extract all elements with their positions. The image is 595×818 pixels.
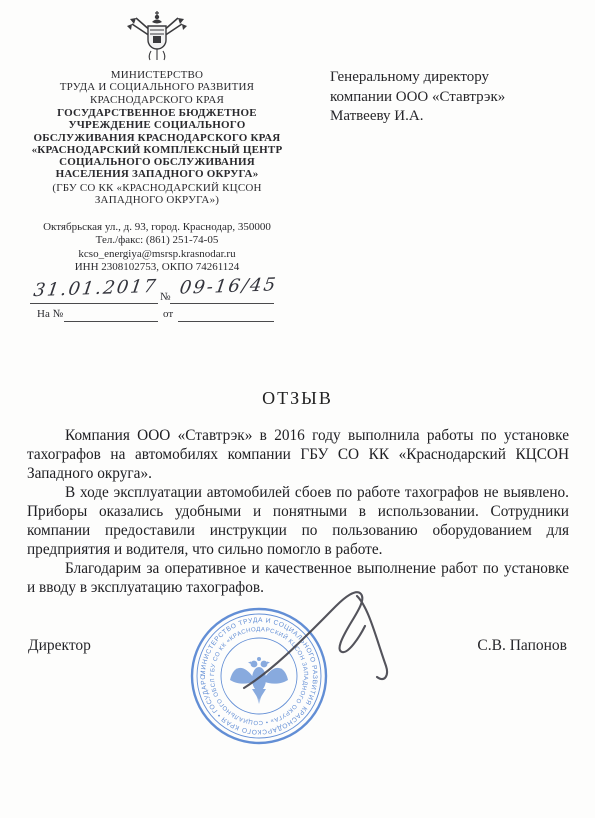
number-underline bbox=[170, 302, 274, 304]
handwritten-outgoing-number: 09-16/45 bbox=[178, 274, 278, 298]
krasnodar-coat-of-arms-icon bbox=[126, 8, 188, 66]
org-name-line: ОБСЛУЖИВАНИЯ КРАСНОДАРСКОГО КРАЯ bbox=[22, 132, 292, 144]
handwritten-date: 31.01.2017 bbox=[32, 276, 159, 301]
org-short-line: ЗАПАДНОГО ОКРУГА») bbox=[28, 194, 286, 206]
letterhead-contacts: Октябрьская ул., д. 93, город. Краснодар… bbox=[18, 221, 296, 275]
reply-from-label: от bbox=[163, 308, 173, 320]
org-name-line: УЧРЕЖДЕНИЕ СОЦИАЛЬНОГО bbox=[22, 119, 292, 131]
recipient-position: Генеральному директору bbox=[330, 68, 565, 88]
body-paragraph: Компания ООО «Ставтрэк» в 2016 году выпо… bbox=[27, 426, 569, 483]
recipient-block: Генеральному директору компании ООО «Ста… bbox=[330, 68, 565, 127]
address-line: Октябрьская ул., д. 93, город. Краснодар… bbox=[18, 221, 296, 234]
recipient-name: Матвееву И.А. bbox=[330, 107, 565, 127]
org-short-line: (ГБУ СО КК «КРАСНОДАРСКИЙ КЦСОН bbox=[28, 182, 286, 194]
ministry-line: ТРУДА И СОЦИАЛЬНОГО РАЗВИТИЯ bbox=[28, 81, 286, 93]
email-line: kcso_energiya@msrsp.krasnodar.ru bbox=[18, 248, 296, 261]
letterhead-organization-name: ГОСУДАРСТВЕННОЕ БЮДЖЕТНОЕ УЧРЕЖДЕНИЕ СОЦ… bbox=[22, 107, 292, 181]
phone-line: Тел./факс: (861) 251-74-05 bbox=[18, 234, 296, 247]
recipient-company: компании ООО «Ставтрэк» bbox=[330, 88, 565, 108]
scanned-letter-page: МИНИСТЕРСТВО ТРУДА И СОЦИАЛЬНОГО РАЗВИТИ… bbox=[0, 0, 595, 818]
document-title: ОТЗЫВ bbox=[0, 388, 595, 409]
letterhead-org-short-name: (ГБУ СО КК «КРАСНОДАРСКИЙ КЦСОН ЗАПАДНОГ… bbox=[28, 182, 286, 207]
org-name-line: СОЦИАЛЬНОГО ОБСЛУЖИВАНИЯ bbox=[22, 156, 292, 168]
number-sign-label: № bbox=[160, 291, 171, 303]
letterhead-ministry: МИНИСТЕРСТВО ТРУДА И СОЦИАЛЬНОГО РАЗВИТИ… bbox=[28, 69, 286, 106]
inn-okpo-line: ИНН 2308102753, ОКПО 74261124 bbox=[18, 261, 296, 274]
org-name-line: ГОСУДАРСТВЕННОЕ БЮДЖЕТНОЕ bbox=[22, 107, 292, 119]
director-title: Директор bbox=[28, 637, 91, 655]
reply-ref-label: На № bbox=[37, 308, 63, 320]
reply-number-underline bbox=[64, 320, 158, 322]
reply-date-underline bbox=[178, 320, 274, 322]
ministry-line: КРАСНОДАРСКОГО КРАЯ bbox=[28, 94, 286, 106]
body-paragraph: В ходе эксплуатации автомобилей сбоев по… bbox=[27, 483, 569, 559]
handwritten-signature bbox=[236, 586, 400, 704]
director-name: С.В. Папонов bbox=[445, 637, 567, 655]
ministry-line: МИНИСТЕРСТВО bbox=[28, 69, 286, 81]
date-underline bbox=[30, 302, 158, 304]
org-name-line: НАСЕЛЕНИЯ ЗАПАДНОГО ОКРУГА» bbox=[22, 168, 292, 180]
letter-body: Компания ООО «Ставтрэк» в 2016 году выпо… bbox=[27, 426, 569, 597]
org-name-line: «КРАСНОДАРСКИЙ КОМПЛЕКСНЫЙ ЦЕНТР bbox=[22, 144, 292, 156]
